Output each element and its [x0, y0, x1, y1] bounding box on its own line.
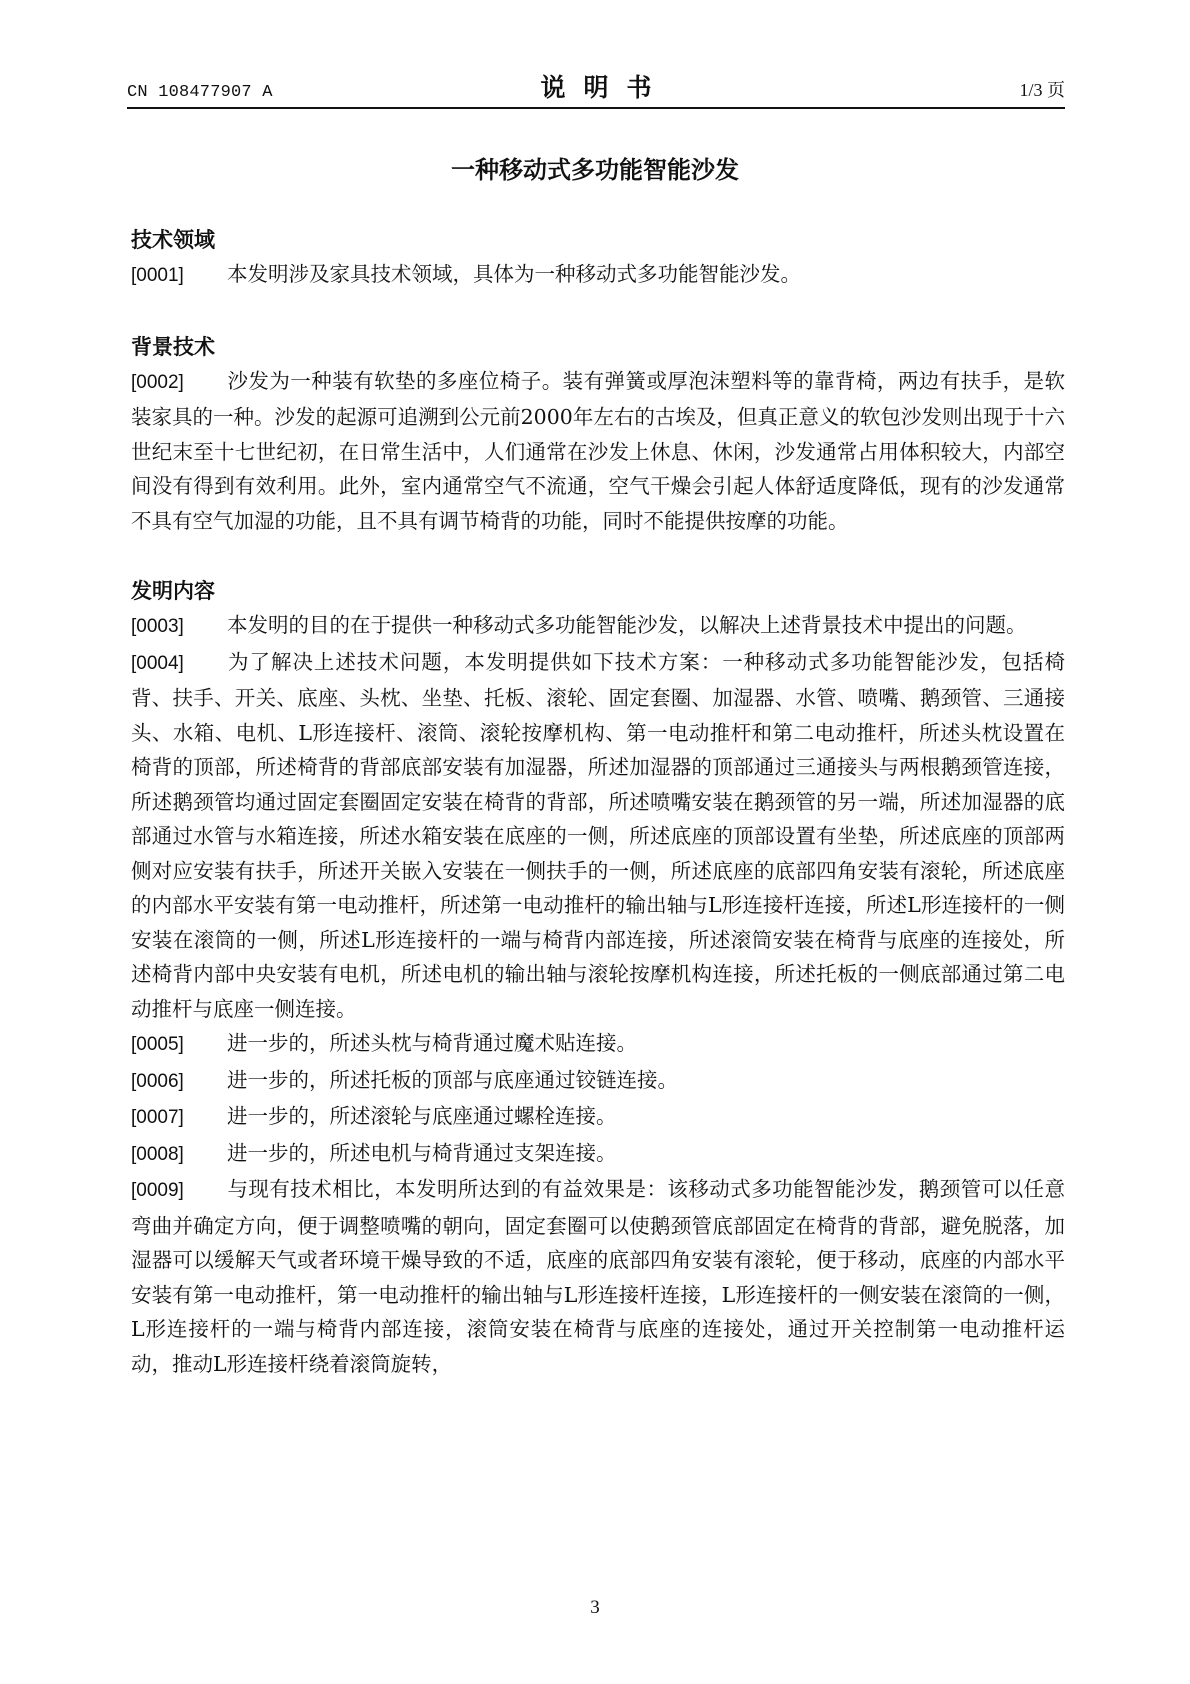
- section-gap: [131, 538, 1065, 574]
- document-title: 一种移动式多功能智能沙发: [0, 150, 1190, 185]
- document-page: CN 108477907 A 说明书 1/3 页 一种移动式多功能智能沙发 技术…: [0, 0, 1190, 1684]
- paragraph-number: [0003]: [131, 610, 227, 645]
- section-gap: [131, 294, 1065, 330]
- paragraph-number: [0009]: [131, 1174, 227, 1209]
- paragraph: [0001]本发明涉及家具技术领域，具体为一种移动式多功能智能沙发。: [131, 257, 1065, 294]
- document-type: 说明书: [127, 68, 1065, 104]
- paragraph: [0007]进一步的，所述滚轮与底座通过螺栓连接。: [131, 1099, 1065, 1136]
- section-heading: 发明内容: [131, 574, 1065, 608]
- section-background: 背景技术 [0002]沙发为一种装有软垫的多座位椅子。装有弹簧或厚泡沫塑料等的靠…: [131, 330, 1065, 539]
- section-summary: 发明内容 [0003]本发明的目的在于提供一种移动式多功能智能沙发，以解决上述背…: [131, 574, 1065, 1381]
- paragraph: [0008]进一步的，所述电机与椅背通过支架连接。: [131, 1136, 1065, 1173]
- paragraph-number: [0004]: [131, 647, 227, 682]
- paragraph: [0003]本发明的目的在于提供一种移动式多功能智能沙发，以解决上述背景技术中提…: [131, 608, 1065, 645]
- paragraph-text: 进一步的，所述电机与椅背通过支架连接。: [227, 1141, 617, 1165]
- paragraph-number: [0005]: [131, 1028, 227, 1063]
- section-technical-field: 技术领域 [0001]本发明涉及家具技术领域，具体为一种移动式多功能智能沙发。: [131, 223, 1065, 294]
- page-number: 3: [0, 1597, 1190, 1619]
- paragraph-number: [0001]: [131, 259, 227, 294]
- paragraph-text: 沙发为一种装有软垫的多座位椅子。装有弹簧或厚泡沫塑料等的靠背椅，两边有扶手，是软…: [131, 369, 1065, 533]
- paragraph-text: 与现有技术相比，本发明所达到的有益效果是：该移动式多功能智能沙发，鹅颈管可以任意…: [131, 1177, 1065, 1376]
- paragraph-number: [0007]: [131, 1101, 227, 1136]
- paragraph-text: 为了解决上述技术问题，本发明提供如下技术方案：一种移动式多功能智能沙发，包括椅背…: [131, 650, 1065, 1021]
- header-rule: [127, 107, 1065, 109]
- page-header: CN 108477907 A 说明书 1/3 页: [127, 70, 1065, 106]
- paragraph-number: [0006]: [131, 1065, 227, 1100]
- paragraph-text: 进一步的，所述托板的顶部与底座通过铰链连接。: [227, 1068, 678, 1092]
- paragraph: [0009]与现有技术相比，本发明所达到的有益效果是：该移动式多功能智能沙发，鹅…: [131, 1172, 1065, 1381]
- paragraph: [0002]沙发为一种装有软垫的多座位椅子。装有弹簧或厚泡沫塑料等的靠背椅，两边…: [131, 364, 1065, 539]
- paragraph-number: [0008]: [131, 1138, 227, 1173]
- paragraph: [0004]为了解决上述技术问题，本发明提供如下技术方案：一种移动式多功能智能沙…: [131, 645, 1065, 1027]
- section-heading: 技术领域: [131, 223, 1065, 257]
- section-heading: 背景技术: [131, 330, 1065, 364]
- paragraph-number: [0002]: [131, 366, 227, 401]
- page-indicator: 1/3 页: [1019, 76, 1065, 102]
- paragraph: [0005]进一步的，所述头枕与椅背通过魔术贴连接。: [131, 1026, 1065, 1063]
- paragraph-text: 进一步的，所述滚轮与底座通过螺栓连接。: [227, 1104, 617, 1128]
- paragraph-text: 进一步的，所述头枕与椅背通过魔术贴连接。: [227, 1031, 637, 1055]
- paragraph-text: 本发明的目的在于提供一种移动式多功能智能沙发，以解决上述背景技术中提出的问题。: [227, 613, 1027, 637]
- paragraph-text: 本发明涉及家具技术领域，具体为一种移动式多功能智能沙发。: [227, 262, 801, 286]
- paragraph: [0006]进一步的，所述托板的顶部与底座通过铰链连接。: [131, 1063, 1065, 1100]
- document-body: 技术领域 [0001]本发明涉及家具技术领域，具体为一种移动式多功能智能沙发。 …: [131, 223, 1065, 1381]
